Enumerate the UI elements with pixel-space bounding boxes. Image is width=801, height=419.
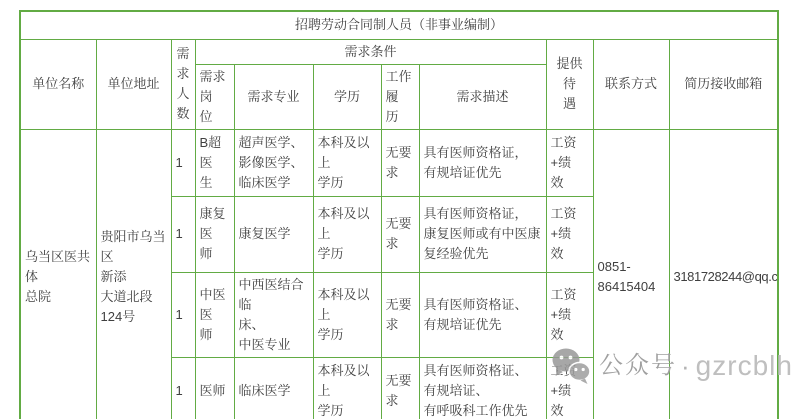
header-demand-major: 需求专业 bbox=[234, 64, 313, 129]
unit-address-cell: 贵阳市乌当区 新添 大道北段124号 bbox=[96, 129, 171, 419]
major-cell: 超声医学、 影像医学、 临床医学 bbox=[234, 129, 313, 196]
benefits-cell: 工资+绩 效 bbox=[546, 196, 593, 272]
page: { "title": "招聘劳动合同制人员（非事业编制）", "table": … bbox=[0, 0, 801, 419]
description-cell: 具有医师资格证， 康复医师或有中医康复经验优先 bbox=[419, 196, 546, 272]
education-cell: 本科及以上 学历 bbox=[313, 272, 381, 357]
header-demand-post: 需求岗 位 bbox=[195, 64, 234, 129]
post-cell: B超医 生 bbox=[195, 129, 234, 196]
header-unit-address: 单位地址 bbox=[96, 39, 171, 129]
education-cell: 本科及以上 学历 bbox=[313, 357, 381, 419]
education-cell: 本科及以上 学历 bbox=[313, 129, 381, 196]
major-cell: 临床医学 bbox=[234, 357, 313, 419]
experience-cell: 无要求 bbox=[381, 196, 419, 272]
header-row-1: 单位名称 单位地址 需求人数 需求条件 提供待 遇 联系方式 简历接收邮箱 bbox=[20, 39, 778, 64]
description-cell: 具有医师资格证、 有规培证优先 bbox=[419, 272, 546, 357]
benefits-cell: 工资+绩 效 bbox=[546, 357, 593, 419]
count-cell: 1 bbox=[171, 196, 195, 272]
description-cell: 具有医师资格证、 有规培证、 有呼吸科工作优先 bbox=[419, 357, 546, 419]
header-unit-name: 单位名称 bbox=[20, 39, 96, 129]
post-cell: 康复医 师 bbox=[195, 196, 234, 272]
recruitment-table: 招聘劳动合同制人员（非事业编制） 单位名称 单位地址 需求人数 需求条件 提供待… bbox=[19, 10, 779, 419]
header-contact: 联系方式 bbox=[593, 39, 669, 129]
header-education: 学历 bbox=[313, 64, 381, 129]
email-cell: 3181728244@qq.com bbox=[669, 129, 778, 419]
post-cell: 医师 bbox=[195, 357, 234, 419]
header-demand-count: 需求人数 bbox=[171, 39, 195, 129]
major-cell: 康复医学 bbox=[234, 196, 313, 272]
post-cell: 中医医 师 bbox=[195, 272, 234, 357]
table-row: 乌当区医共体 总院 贵阳市乌当区 新添 大道北段124号 1 B超医 生 超声医… bbox=[20, 129, 778, 196]
header-benefits: 提供待 遇 bbox=[546, 39, 593, 129]
table-title: 招聘劳动合同制人员（非事业编制） bbox=[20, 11, 778, 39]
experience-cell: 无要求 bbox=[381, 357, 419, 419]
count-cell: 1 bbox=[171, 272, 195, 357]
header-work-experience: 工作履 历 bbox=[381, 64, 419, 129]
experience-cell: 无要求 bbox=[381, 272, 419, 357]
major-cell: 中西医结合临 床、 中医专业 bbox=[234, 272, 313, 357]
experience-cell: 无要求 bbox=[381, 129, 419, 196]
header-demand-conditions: 需求条件 bbox=[195, 39, 546, 64]
unit-name-cell: 乌当区医共体 总院 bbox=[20, 129, 96, 419]
description-cell: 具有医师资格证， 有规培证优先 bbox=[419, 129, 546, 196]
education-cell: 本科及以上 学历 bbox=[313, 196, 381, 272]
header-demand-description: 需求描述 bbox=[419, 64, 546, 129]
contact-cell: 0851- 86415404 bbox=[593, 129, 669, 419]
benefits-cell: 工资+绩 效 bbox=[546, 272, 593, 357]
count-cell: 1 bbox=[171, 129, 195, 196]
benefits-cell: 工资+绩 效 bbox=[546, 129, 593, 196]
header-resume-email: 简历接收邮箱 bbox=[669, 39, 778, 129]
title-row: 招聘劳动合同制人员（非事业编制） bbox=[20, 11, 778, 39]
count-cell: 1 bbox=[171, 357, 195, 419]
